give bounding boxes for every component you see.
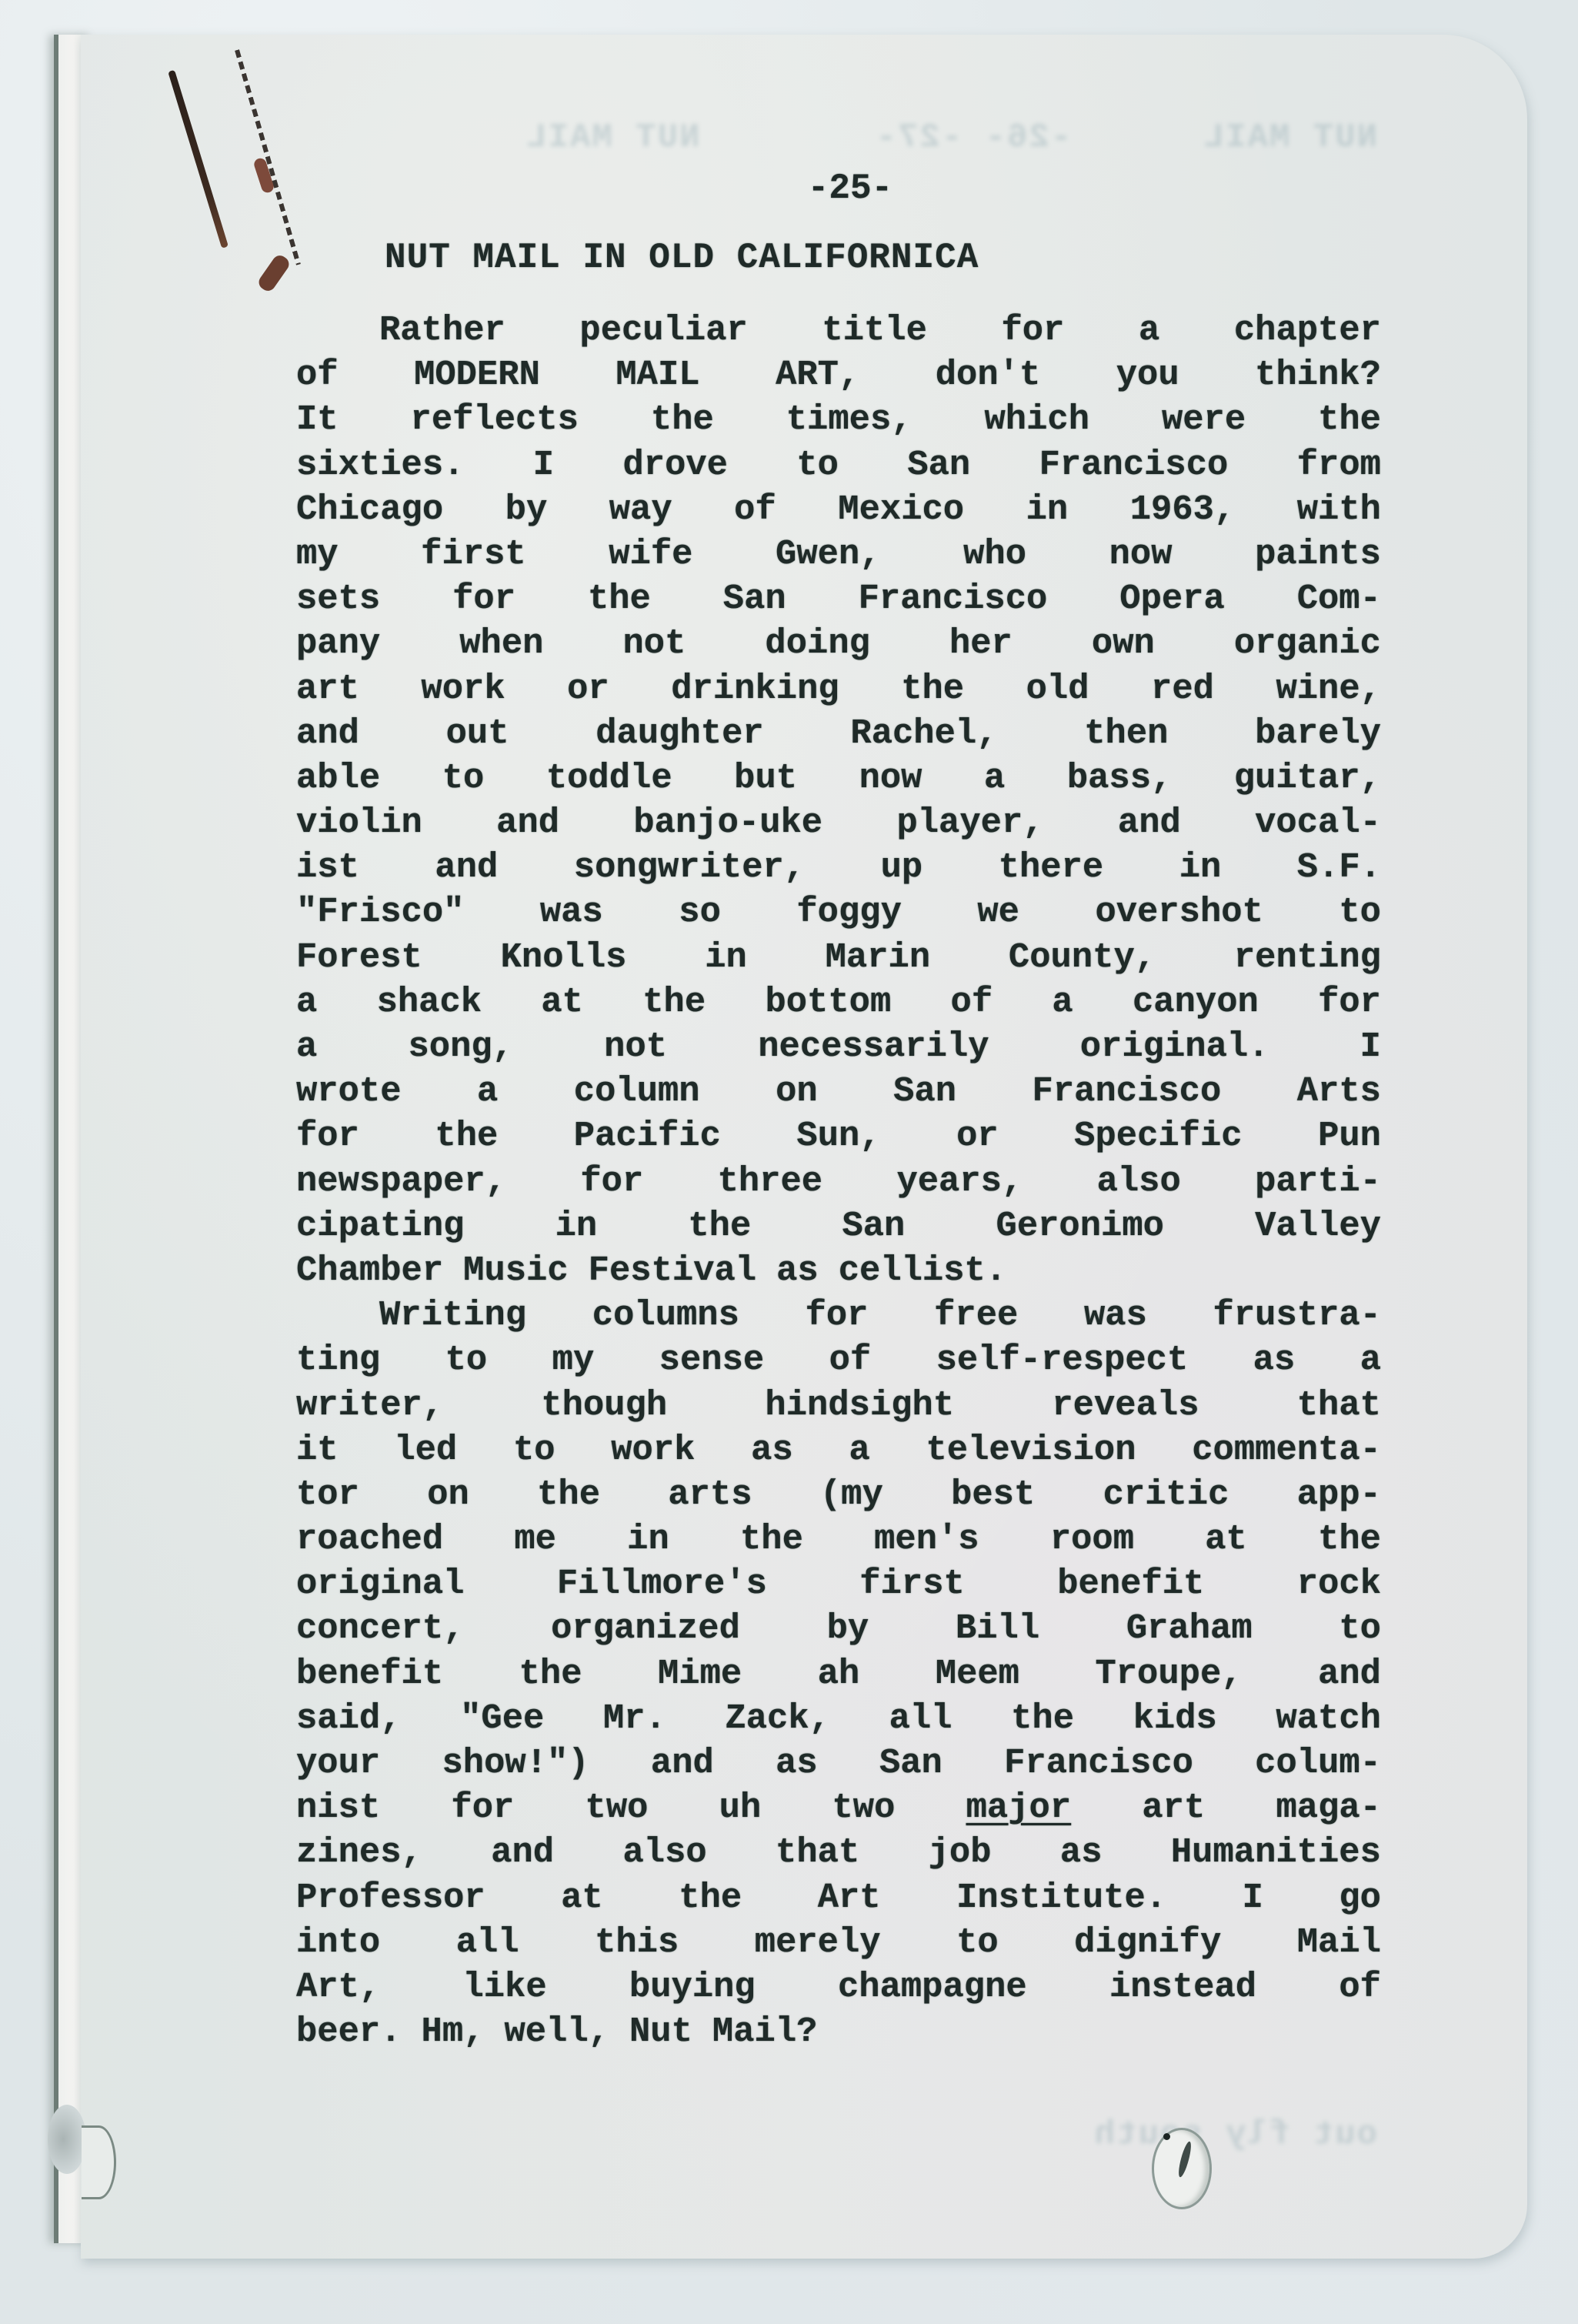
text-line: ChamberMusicFestivalascellist. bbox=[296, 1248, 1381, 1293]
text-line: panywhennotdoingherownorganic bbox=[296, 621, 1381, 666]
text-line: ChicagobywayofMexicoin1963,with bbox=[296, 487, 1381, 532]
text-line: asong,notnecessarilyoriginal.I bbox=[296, 1024, 1381, 1069]
body-text: RatherpeculiartitleforachapterofMODERNMA… bbox=[296, 308, 1381, 2054]
text-line: ProfessorattheArtInstitute.Igo bbox=[296, 1875, 1381, 1920]
text-line: ashackatthebottomofacanyonfor bbox=[296, 980, 1381, 1024]
text-line: concert,organizedbyBillGrahamto bbox=[296, 1606, 1381, 1651]
text-line: writer,thoughhindsightrevealsthat bbox=[296, 1383, 1381, 1427]
text-line: ofMODERNMAILART,don'tyouthink? bbox=[296, 352, 1381, 397]
text-line: benefittheMimeahMeemTroupe,and bbox=[296, 1651, 1381, 1696]
text-line: wroteacolumnonSanFranciscoArts bbox=[296, 1069, 1381, 1114]
paragraph: Writingcolumnsforfreewasfrustra-tingtomy… bbox=[296, 1293, 1381, 2054]
text-line: istandsongwriter,upthereinS.F. bbox=[296, 845, 1381, 890]
text-line: beer.Hm,well,NutMail? bbox=[296, 2009, 1381, 2054]
text-line: tingtomysenseofself-respectasa bbox=[296, 1337, 1381, 1382]
text-line: intoallthismerelytodignifyMail bbox=[296, 1920, 1381, 1965]
text-line: nistfortwouhtwomajorartmaga- bbox=[296, 1785, 1381, 1830]
text-line: newspaper,forthreeyears,alsoparti- bbox=[296, 1159, 1381, 1204]
paragraph: RatherpeculiartitleforachapterofMODERNMA… bbox=[296, 308, 1381, 1293]
text-line: violinandbanjo-ukeplayer,andvocal- bbox=[296, 800, 1381, 845]
text-line: setsfortheSanFranciscoOperaCom- bbox=[296, 576, 1381, 621]
showthrough-text-bottom: out fly south bbox=[300, 2112, 1377, 2157]
text-line: zines,andalsothatjobasHumanities bbox=[296, 1830, 1381, 1875]
text-line: sixties.IdrovetoSanFranciscofrom bbox=[296, 442, 1381, 487]
text-line: Itreflectsthetimes,whichwerethe bbox=[296, 397, 1381, 442]
chapter-title: NUT MAIL IN OLD CALIFORNICA bbox=[385, 235, 1381, 308]
text-line: cipatingintheSanGeronimoValley bbox=[296, 1204, 1381, 1248]
text-line: abletotoddlebutnowabass,guitar, bbox=[296, 756, 1381, 800]
text-line: andoutdaughterRachel,thenbarely bbox=[296, 711, 1381, 756]
text-line: artworkordrinkingtheoldredwine, bbox=[296, 666, 1381, 711]
page-number: -25- bbox=[319, 165, 1381, 235]
text-line: yourshow!")andasSanFranciscocolum- bbox=[296, 1741, 1381, 1785]
text-line: said,"GeeMr.Zack,allthekidswatch bbox=[296, 1696, 1381, 1741]
punch-hole-dot bbox=[1163, 2133, 1170, 2140]
text-line: itledtoworkasatelevisioncommenta- bbox=[296, 1427, 1381, 1472]
text-line: toronthearts(mybestcriticapp- bbox=[296, 1472, 1381, 1517]
text-line: Writingcolumnsforfreewasfrustra- bbox=[296, 1293, 1381, 1337]
text-line: roachedmeinthemen'sroomatthe bbox=[296, 1517, 1381, 1561]
text-line: Art,likebuyingchampagneinsteadof bbox=[296, 1965, 1381, 2009]
showthrough-text-top: NUT MAIL -26- -27- NUT MAIL bbox=[300, 115, 1377, 160]
text-line: ForestKnollsinMarinCounty,renting bbox=[296, 935, 1381, 980]
text-line: Ratherpeculiartitleforachapter bbox=[296, 308, 1381, 352]
text-line: forthePacificSun,orSpecificPun bbox=[296, 1114, 1381, 1158]
binding-notch-hole bbox=[48, 2105, 86, 2174]
typed-page: -25- NUT MAIL IN OLD CALIFORNICA Ratherp… bbox=[296, 165, 1381, 2054]
text-line: myfirstwifeGwen,whonowpaints bbox=[296, 532, 1381, 576]
binding-notch-tab bbox=[82, 2125, 116, 2199]
text-line: originalFillmore'sfirstbenefitrock bbox=[296, 1561, 1381, 1606]
text-line: "Frisco"wassofoggyweovershotto bbox=[296, 890, 1381, 934]
